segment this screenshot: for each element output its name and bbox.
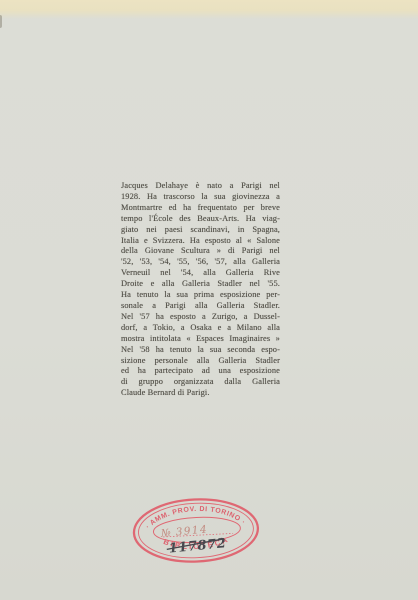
text-line: Montmartre ed ha frequentato per breve [121,203,280,214]
text-line: tempo l'École des Beaux-Arts. Ha viag- [121,214,280,225]
text-line: Jacques Delahaye è nato a Parigi nel [121,181,280,192]
text-line: Ha tenuto la sua prima esposizione per- [121,290,280,301]
text-line: Nel '57 ha esposto a Zurigo, a Dussel- [121,312,280,323]
text-line: ed ha partecipato ad una esposizione [121,366,280,377]
text-line: 1928. Ha trascorso la sua giovinezza a [121,192,280,203]
text-line: di gruppo organizzata dalla Galleria [121,377,280,388]
text-line: sizione personale alla Galleria Stadler [121,356,280,367]
book-page: Jacques Delahaye è nato a Parigi nel 192… [0,0,418,600]
stamp-crossed-number: 117872 [168,536,227,556]
text-line: '52, '53, '54, '55, '56, '57, alla Galle… [121,257,280,268]
text-line: Claude Bernard di Parigi. [121,388,280,399]
text-line: mostra intitolata « Espaces Imaginaires … [121,334,280,345]
library-stamp: · AMM. PROV. DI TORINO · BIBLIOTECA №391… [128,493,263,571]
page-edge-mark [0,15,2,28]
text-line: sonale a Parigi alla Galleria Stadler. [121,301,280,312]
page-top-edge [0,0,418,19]
text-line: Verneuil nel '54, alla Galleria Rive [121,268,280,279]
text-line: Droite e alla Galleria Stadler nel '55. [121,279,280,290]
stamp-handwritten-number: №3914 [159,523,208,540]
text-line: Nel '58 ha tenuto la sua seconda espo- [121,345,280,356]
text-line: Italia e Svizzera. Ha esposto al « Salon… [121,236,280,247]
biography-text-block: Jacques Delahaye è nato a Parigi nel 192… [121,181,280,399]
text-line: della Giovane Scultura » di Parigi nel [121,246,280,257]
text-line: giato nei paesi scandinavi, in Spagna, [121,225,280,236]
text-line: dorf, a Tokio, a Osaka e a Milano alla [121,323,280,334]
